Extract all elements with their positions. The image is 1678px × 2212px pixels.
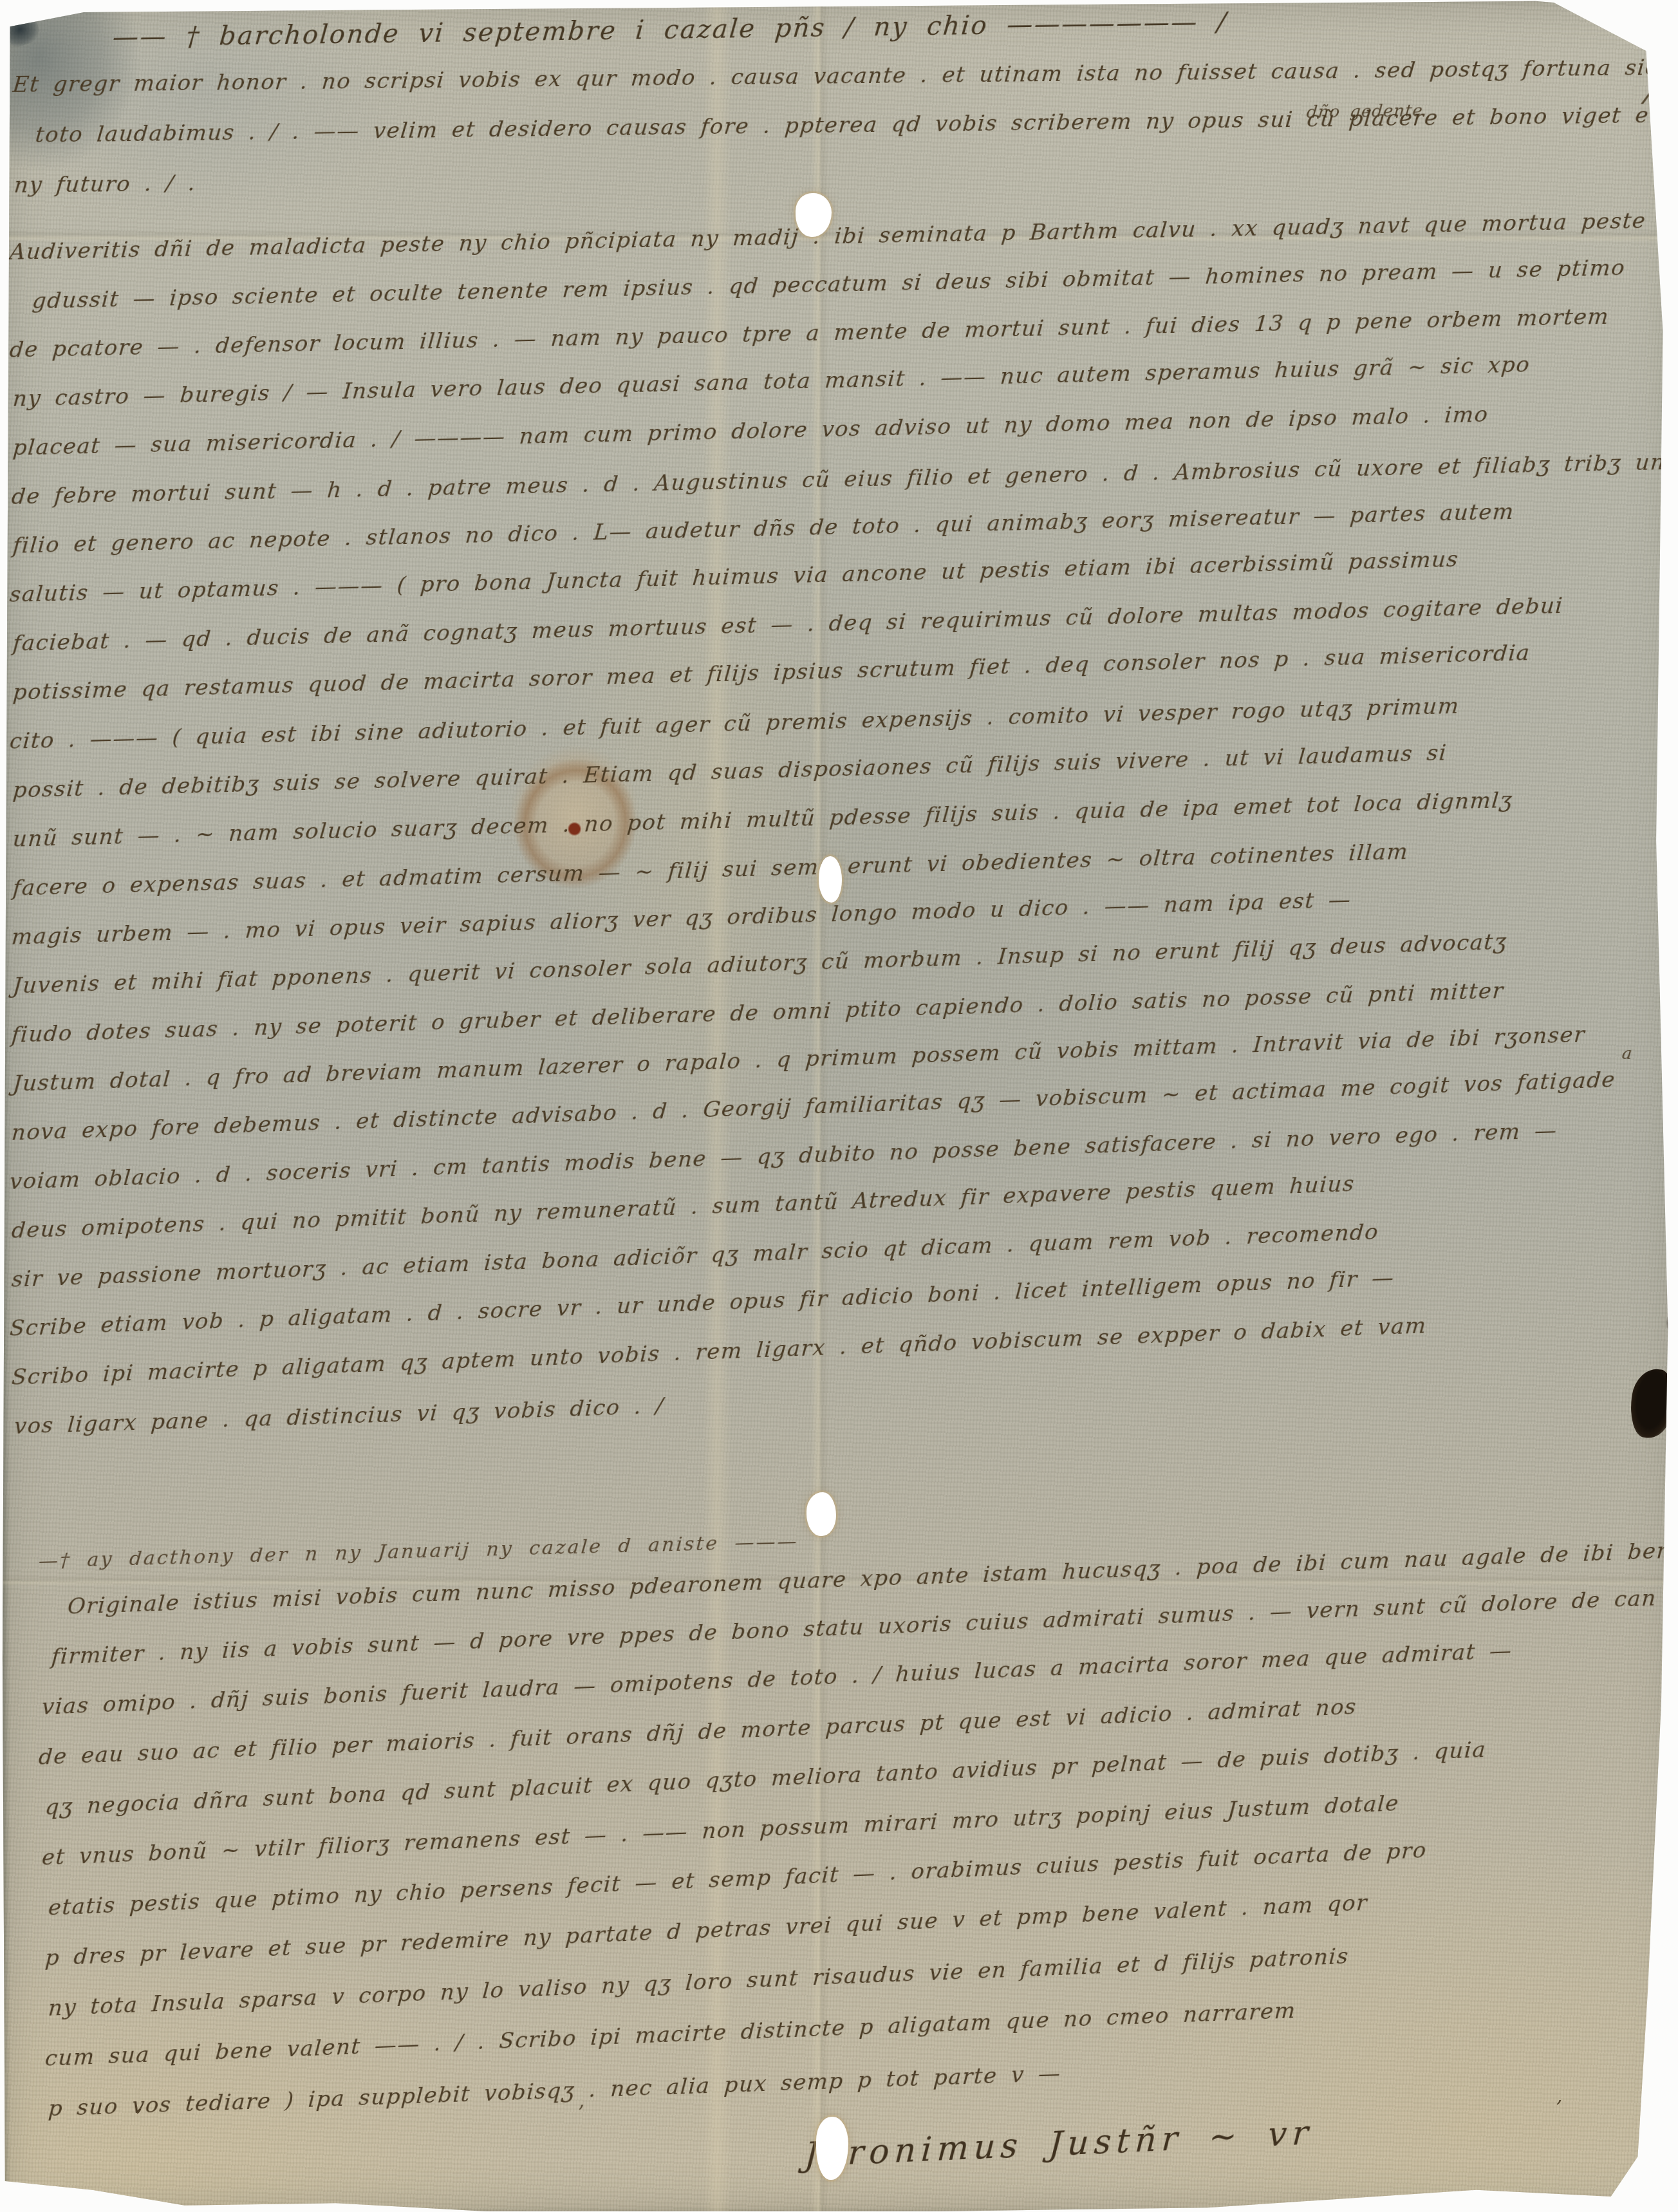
ink-tick: , xyxy=(1556,2085,1563,2107)
line-text: a xyxy=(1621,1044,1634,1064)
ink-tick: , xyxy=(136,2094,144,2116)
line-text: Jeronimus Justñr ∼ vr xyxy=(803,2114,1314,2175)
ink-blot-right-edge xyxy=(1627,1366,1677,1441)
manuscript-line: gdussit — ipso sciente et oculte tenente… xyxy=(31,255,1627,314)
paper-left-edge-shadow xyxy=(0,0,10,2212)
line-text: —† ay dacthony der n ny Januarij ny caza… xyxy=(38,1530,799,1573)
signature: Jeronimus Justñr ∼ vr xyxy=(803,2114,1314,2175)
interlinear-addition: dño gedente xyxy=(1306,101,1424,122)
line-text: placeat — sua misericordia . / ———— nam … xyxy=(12,402,1489,461)
manuscript-line: vos ligarx pane . qa distincius vi qʒ vo… xyxy=(14,1393,666,1439)
manuscript-line: Et gregr maior honor . no scripsi vobis … xyxy=(12,53,1678,98)
manuscript-line: ny futuro . / . xyxy=(13,171,197,198)
line-text: Et gregr maior honor . no scripsi vobis … xyxy=(12,53,1678,98)
manuscript-line: possit . de debitibʒ suis se solvere qui… xyxy=(12,740,1448,803)
ink-tick: / xyxy=(1643,76,1659,110)
line-text: toto laudabimus . / . —— velim et deside… xyxy=(34,102,1678,148)
line-text: p suo vos tediare ) ipa supplebit vobisq… xyxy=(48,2061,1062,2122)
manuscript-line: de pcatore — . defensor locum illius . —… xyxy=(8,304,1610,363)
scan-background: { "colors": { "background": "#fcfcfb", "… xyxy=(0,0,1678,2212)
superscript-addition: a xyxy=(1621,1044,1634,1064)
line-text: ny futuro . / . xyxy=(13,171,197,198)
letter-page: —— † barcholonde vi septembre i cazale p… xyxy=(0,0,1678,2212)
line-text: filio et genero ac nepote . stlanos no d… xyxy=(12,499,1515,559)
line-text: de pcatore — . defensor locum illius . —… xyxy=(8,304,1610,363)
line-text: possit . de debitibʒ suis se solvere qui… xyxy=(12,740,1448,803)
line-text: ny castro — buregis / — Insula vero laus… xyxy=(12,351,1531,412)
docket-line: —† ay dacthony der n ny Januarij ny caza… xyxy=(38,1530,799,1573)
paper-hole xyxy=(819,856,842,903)
dateline: —— † barcholonde vi septembre i cazale p… xyxy=(111,8,1229,53)
line-text: salutis — ut optamus . ——— ( pro bona Ju… xyxy=(8,547,1460,608)
manuscript-line: salutis — ut optamus . ——— ( pro bona Ju… xyxy=(8,547,1460,608)
line-text: vos ligarx pane . qa distincius vi qʒ vo… xyxy=(14,1393,666,1439)
line-text: dño gedente xyxy=(1306,101,1424,122)
manuscript-line: ny castro — buregis / — Insula vero laus… xyxy=(12,351,1531,412)
manuscript-line: placeat — sua misericordia . / ———— nam … xyxy=(12,402,1489,461)
paper-hole xyxy=(806,1492,836,1536)
ink-speck-right-edge xyxy=(1666,1315,1673,1331)
manuscript-line: toto laudabimus . / . —— velim et deside… xyxy=(34,100,1678,148)
line-text: —— † barcholonde vi septembre i cazale p… xyxy=(111,8,1229,53)
manuscript-line: filio et genero ac nepote . stlanos no d… xyxy=(12,499,1515,559)
line-text: gdussit — ipso sciente et oculte tenente… xyxy=(31,255,1627,314)
manuscript-line: p suo vos tediare ) ipa supplebit vobisq… xyxy=(48,2061,1062,2122)
